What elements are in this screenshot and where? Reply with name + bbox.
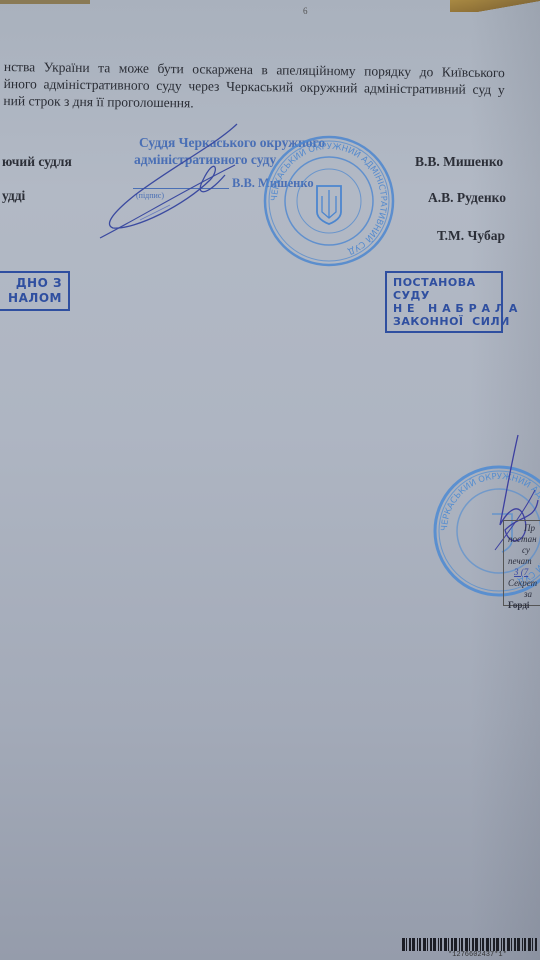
stamp-line: ЗАКОННОЇ СИЛИ xyxy=(393,315,495,328)
judges-label: удді xyxy=(2,188,25,204)
stamp-line: Н Е Н А Б Р А Л А xyxy=(393,302,495,315)
cert-line: печат xyxy=(508,556,540,567)
judge-name-2: А.В. Руденко xyxy=(428,190,506,206)
stamp-line: НАЛОМ xyxy=(0,291,62,306)
cert-line: постан xyxy=(508,534,540,545)
judge-name-1: В.В. Мишенко xyxy=(415,154,503,170)
stamp-not-in-force: ПОСТАНОВА СУДУ Н Е Н А Б Р А Л А ЗАКОННО… xyxy=(385,271,503,333)
cert-line: за xyxy=(508,589,540,600)
cert-line: Секрет xyxy=(508,578,540,589)
court-round-seal-icon: ЧЕРКАСЬКИЙ ОКРУЖНИЙ АДМІНІСТРАТИВНИЙ СУД xyxy=(262,134,396,268)
barcode-icon xyxy=(402,938,538,951)
cert-line: су xyxy=(508,545,540,556)
stamp-line: ПОСТАНОВА СУДУ xyxy=(393,276,495,302)
background-table-edge xyxy=(0,0,90,4)
handwritten-signature-icon xyxy=(95,120,255,245)
presiding-judge-label: ючий судля xyxy=(2,154,72,170)
judge-name-3: Т.М. Чубар xyxy=(437,228,505,244)
certification-box: Пр постан су печат 3 (7 Секрет за Горді xyxy=(503,520,540,606)
barcode-number: *1276602437*1* xyxy=(448,951,507,959)
cert-line: Пр xyxy=(508,523,540,534)
stamp-line: ДНО З xyxy=(0,276,62,291)
closing-paragraph: нства України та може бути оскаржена в а… xyxy=(0,58,505,115)
stamp-copy-matches-original: ДНО З НАЛОМ xyxy=(0,271,70,311)
cert-line: Горді xyxy=(508,600,540,611)
page-number: 6 xyxy=(303,6,308,16)
cert-line: 3 (7 xyxy=(508,567,540,578)
